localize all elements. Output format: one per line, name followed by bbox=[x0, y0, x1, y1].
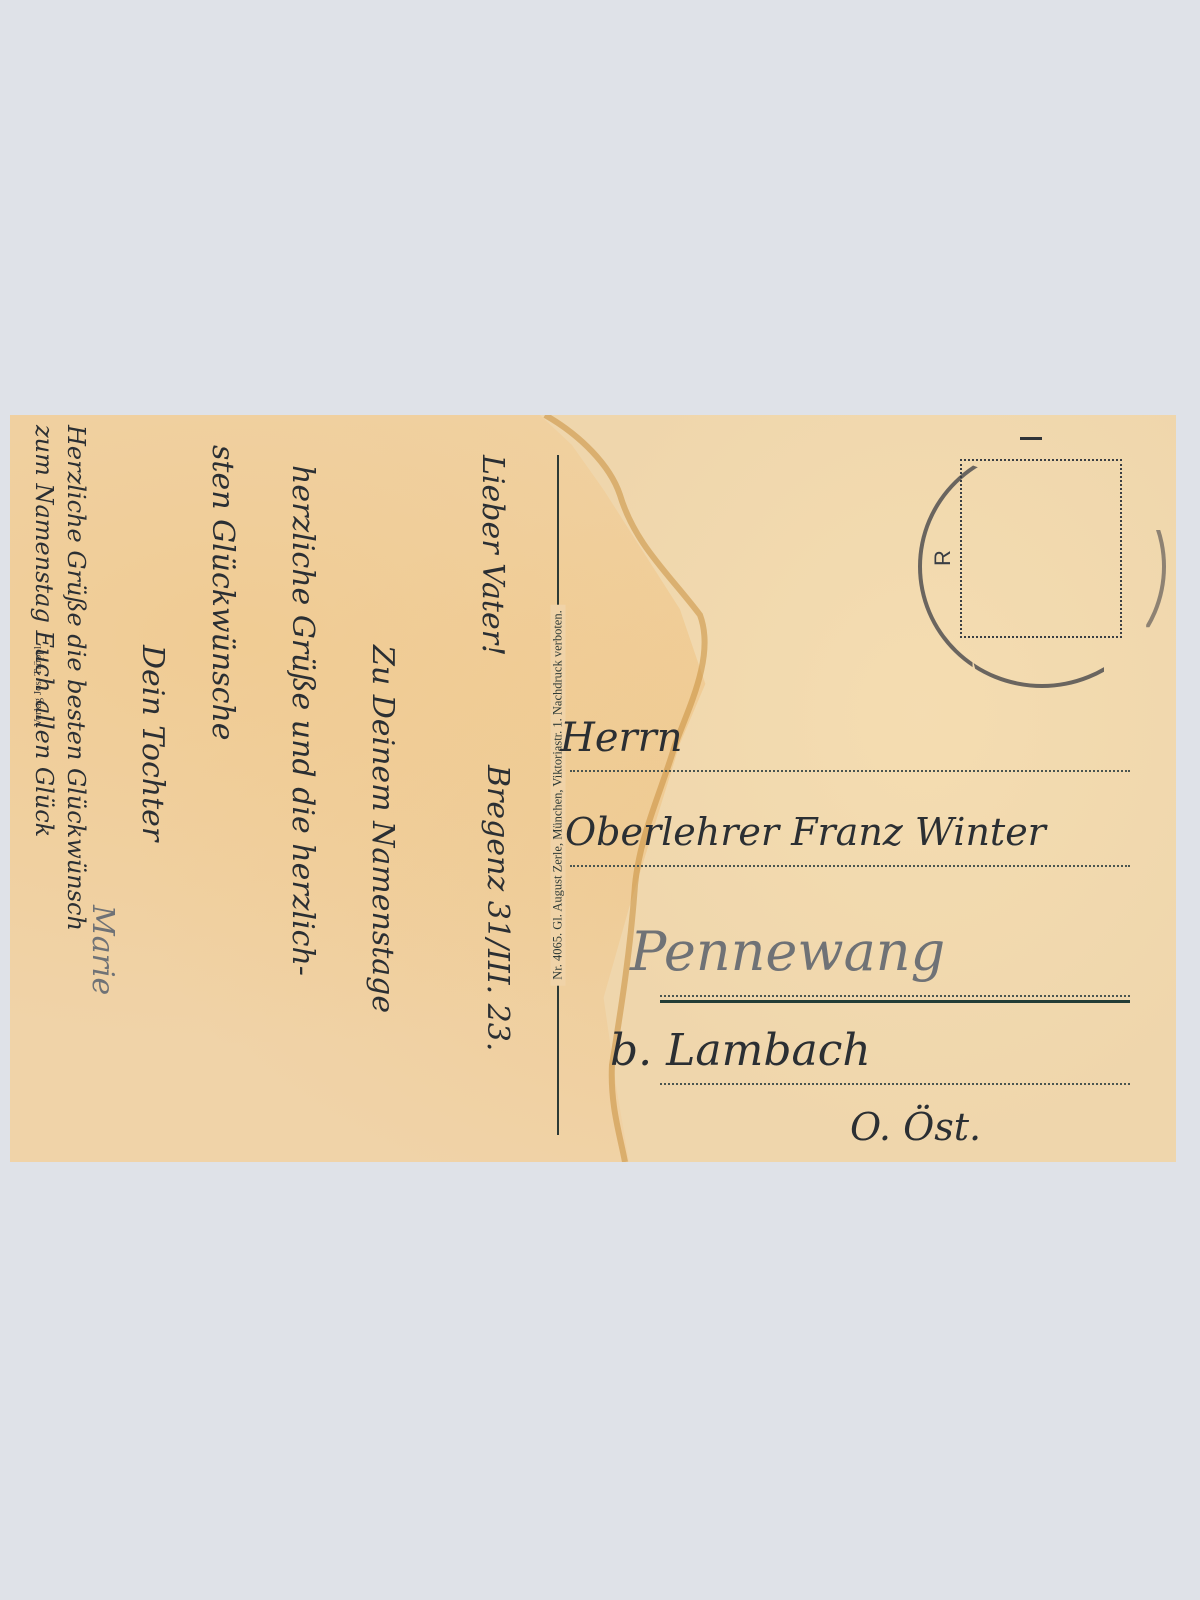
address-name: Oberlehrer Franz Winter bbox=[565, 810, 1046, 854]
address-line-3 bbox=[660, 995, 1130, 997]
address-line-2 bbox=[570, 865, 1130, 867]
address-salutation: Herrn bbox=[560, 715, 683, 761]
message-line-1: Zu Deinem Namenstage bbox=[365, 645, 400, 1013]
message-line-3: sten Glückwünsche bbox=[205, 445, 240, 741]
message-line-4: Dein Tochter bbox=[135, 645, 170, 841]
postmark-letter: R bbox=[930, 550, 956, 566]
address-line-1 bbox=[570, 770, 1130, 772]
message-line-7: zum Namenstag Euch allen Glück bbox=[30, 425, 58, 837]
message-signature: Marie bbox=[85, 905, 120, 995]
address-underline bbox=[660, 1000, 1130, 1003]
stamp-placeholder bbox=[960, 459, 1122, 638]
message-place-date: Bregenz 31/III. 23. bbox=[480, 765, 515, 1051]
message-line-6: Herzliche Grüße die besten Glückwünsch bbox=[62, 425, 90, 931]
publisher-imprint: Nr. 4065. Gl. August Zerle, München, Vik… bbox=[551, 604, 566, 985]
address-region: O. Öst. bbox=[850, 1105, 981, 1149]
address-town: Pennewang bbox=[630, 920, 945, 983]
postmark-mark bbox=[1020, 437, 1042, 440]
address-via: b. Lambach bbox=[610, 1025, 871, 1076]
message-line-2: herzliche Grüße und die herzlich- bbox=[285, 465, 320, 976]
address-line-4 bbox=[660, 1083, 1130, 1085]
message-greeting: Lieber Vater! bbox=[475, 455, 510, 656]
postcard: Nr. 4065. Gl. August Zerle, München, Vik… bbox=[10, 415, 1176, 1162]
